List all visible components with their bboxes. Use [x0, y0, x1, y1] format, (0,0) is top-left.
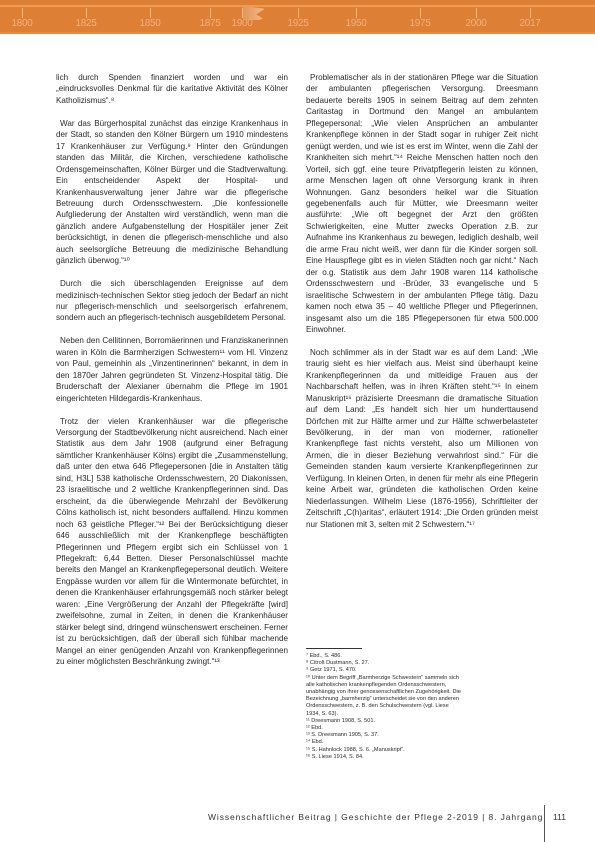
footnote: ¹² Ebd.: [306, 725, 464, 732]
paragraph: War das Bürgerhospital zunächst das einz…: [56, 118, 288, 267]
footer-divider: [544, 805, 545, 842]
timeline-line: [0, 5, 595, 7]
paragraph: Noch schlimmer als in der Stadt war es a…: [306, 347, 538, 530]
paragraph: lich durch Spenden finanziert worden und…: [56, 72, 288, 106]
timeline-header: 1800 1825 1850 1875 1900 1925 1950 1975 …: [0, 0, 595, 34]
paragraph: Trotz der vielen Krankenhäuser war die p…: [56, 416, 288, 668]
left-column: lich durch Spenden finanziert worden und…: [56, 72, 288, 679]
paragraph: Neben den Cellitinnen, Borromäerinnen un…: [56, 335, 288, 404]
footnote: ¹³ S. Dreesmann 1905, S. 37.: [306, 732, 464, 739]
running-footer: Wissenschaftlicher Beitrag | Geschichte …: [208, 812, 543, 822]
timeline-tick: 1975: [400, 8, 440, 30]
timeline-tick: 1850: [130, 8, 170, 30]
timeline-tick: 1825: [66, 8, 106, 30]
timeline-tick: 1800: [2, 8, 42, 30]
footnote: ¹⁵ S. Hahnlock 1988, S. 6. „Manuskript“.: [306, 747, 464, 754]
timeline-tick: 1950: [336, 8, 376, 30]
footnote-divider: [306, 648, 362, 649]
footnote: ¹⁰ Unter dem Begriff „Barmherzige Schwes…: [306, 675, 464, 718]
timeline-tick: 2017: [510, 8, 550, 30]
paragraph: Problematischer als in der stationären P…: [306, 72, 538, 335]
footnote: ¹¹ Dreesmann 1908, S. 501.: [306, 718, 464, 725]
footnote: ¹⁴ Ebd.: [306, 739, 464, 746]
footnote: ⁹ Getz 1971, S. 470.: [306, 667, 464, 674]
right-column: Problematischer als in der stationären P…: [306, 72, 538, 542]
paragraph: Durch die sich überschlagenden Ereigniss…: [56, 278, 288, 324]
timeline-tick: 2000: [456, 8, 496, 30]
footnotes: ⁷ Ebd., S. 486. ⁸ Citrolt Dustmann, S. 2…: [306, 653, 464, 761]
timeline-tick: 1925: [278, 8, 318, 30]
page-number: 111: [553, 812, 566, 822]
footnote: ¹⁶ S. Liese 1914, S. 84.: [306, 754, 464, 761]
